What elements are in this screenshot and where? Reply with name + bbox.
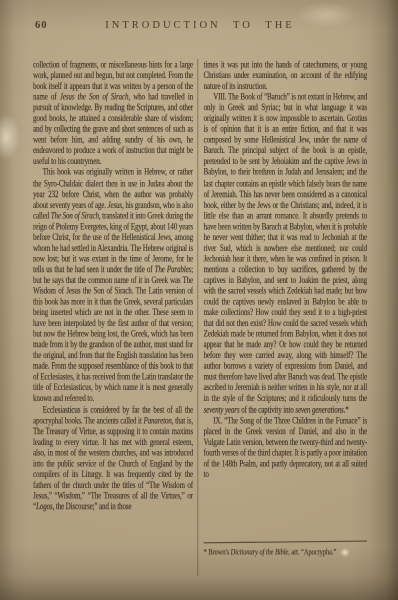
columns: collection of fragments, or miscellaneou… — [33, 59, 367, 576]
italic-text: seventy years — [204, 404, 240, 415]
text-run: of the captivity into — [239, 404, 295, 415]
text-run: .* — [344, 404, 349, 415]
column-left: collection of fragments, or miscellaneou… — [33, 59, 193, 576]
text-run: ; but he says that the common name of it… — [33, 264, 193, 404]
italic-text: seven generations — [295, 404, 343, 415]
text-block: collection of fragments, or miscellaneou… — [33, 59, 367, 576]
page-number: 60 — [35, 20, 48, 31]
footnote: * Brown's Dictionary of the Bible, art. … — [204, 541, 367, 557]
paragraph: IX. “The Song of the Three Children in t… — [204, 415, 367, 480]
italic-text: Logos — [36, 501, 53, 512]
text-run: , that is, The Treasury of Virtue, as su… — [33, 415, 193, 512]
italic-text: Panareton — [143, 415, 171, 426]
column-divider-rule — [197, 59, 198, 576]
text-run: * Brown's — [204, 546, 231, 557]
paragraph: This book was originally written in Hebr… — [33, 167, 193, 404]
text-run: IX. “The Song of the Three Children in t… — [204, 415, 367, 480]
paper-stain — [0, 114, 20, 160]
text-run: times it was put into the hands of catec… — [204, 59, 367, 91]
page-header: 60 INTRODUCTION TO THE — [33, 20, 367, 34]
paragraph: times it was put into the hands of catec… — [204, 59, 367, 91]
italic-text: Jesus — [107, 199, 122, 210]
text-run: , art. “Apocrypha.” — [288, 546, 336, 557]
paragraph: Ecclesiasticus is considered by far the … — [33, 404, 193, 512]
italic-text: The Son of Sirach — [51, 210, 99, 221]
italic-text: Jesus the Son of Sirach — [60, 91, 129, 102]
text-run: VIII. The Book of “Baruch” is not extant… — [204, 91, 367, 403]
column-right: times it was put into the hands of catec… — [204, 59, 367, 576]
paragraph: VIII. The Book of “Baruch” is not extant… — [204, 91, 367, 414]
text-run: , who had travelled in pursuit of knowle… — [33, 91, 193, 166]
paragraph: collection of fragments, or miscellaneou… — [33, 59, 193, 167]
column-right-paragraphs: times it was put into the hands of catec… — [204, 59, 367, 538]
footnote-rule — [204, 540, 367, 543]
footnote-text: * Brown's Dictionary of the Bible, art. … — [204, 547, 367, 557]
italic-text: The Parables — [155, 264, 192, 275]
italic-text: Dictionary of the Bible — [231, 546, 289, 557]
text-run: , the Discourse;” and in those — [53, 501, 132, 512]
running-title: INTRODUCTION TO THE — [33, 20, 367, 31]
scanned-book-page: 60 INTRODUCTION TO THE collection of fra… — [0, 0, 398, 600]
